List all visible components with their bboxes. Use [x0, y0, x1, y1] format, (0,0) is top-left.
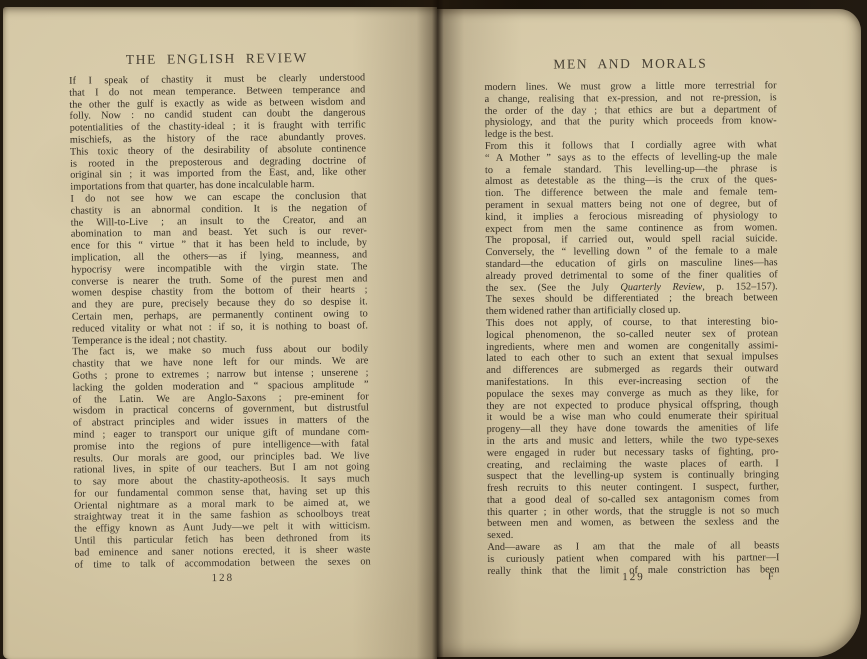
right-text-block: modern lines. We must grow a little more… — [484, 80, 779, 577]
right-page-content: MEN AND MORALS modern lines. We must gro… — [435, 8, 863, 659]
right-running-head: MEN AND MORALS — [484, 55, 776, 73]
paragraph: From this it follows that I cordially ag… — [485, 139, 778, 318]
book-scan: THE ENGLISH REVIEW If I speak of chastit… — [0, 0, 867, 659]
paragraph: If I speak of chastity it must be clearl… — [69, 72, 366, 193]
text-line: The sexes should be differentiated ; the… — [486, 293, 778, 307]
left-running-head: THE ENGLISH REVIEW — [69, 49, 365, 68]
text-line: between men and women, as between the se… — [487, 517, 779, 531]
left-page: THE ENGLISH REVIEW If I speak of chastit… — [3, 7, 437, 659]
left-page-content: THE ENGLISH REVIEW If I speak of chastit… — [0, 5, 441, 659]
text-line: were engaged in ruder but necessary task… — [487, 446, 779, 460]
text-line: of time to talk of accommodation between… — [75, 556, 371, 571]
right-page-footer: 129 F — [487, 570, 779, 584]
paragraph: modern lines. We must grow a little more… — [484, 80, 776, 141]
left-text-block: If I speak of chastity it must be clearl… — [69, 72, 371, 571]
paragraph: This does not apply, of course, to that … — [486, 316, 779, 542]
left-page-number: 128 — [75, 570, 371, 585]
text-line: physiology, and that the purity which pr… — [485, 116, 777, 130]
right-page: MEN AND MORALS modern lines. We must gro… — [437, 9, 861, 657]
paragraph: The fact is, we make so much fuss about … — [72, 344, 371, 571]
paragraph: I do not see how we can escape the concl… — [70, 190, 368, 347]
right-page-number: 129 — [622, 571, 645, 583]
signature-mark: F — [768, 571, 774, 582]
